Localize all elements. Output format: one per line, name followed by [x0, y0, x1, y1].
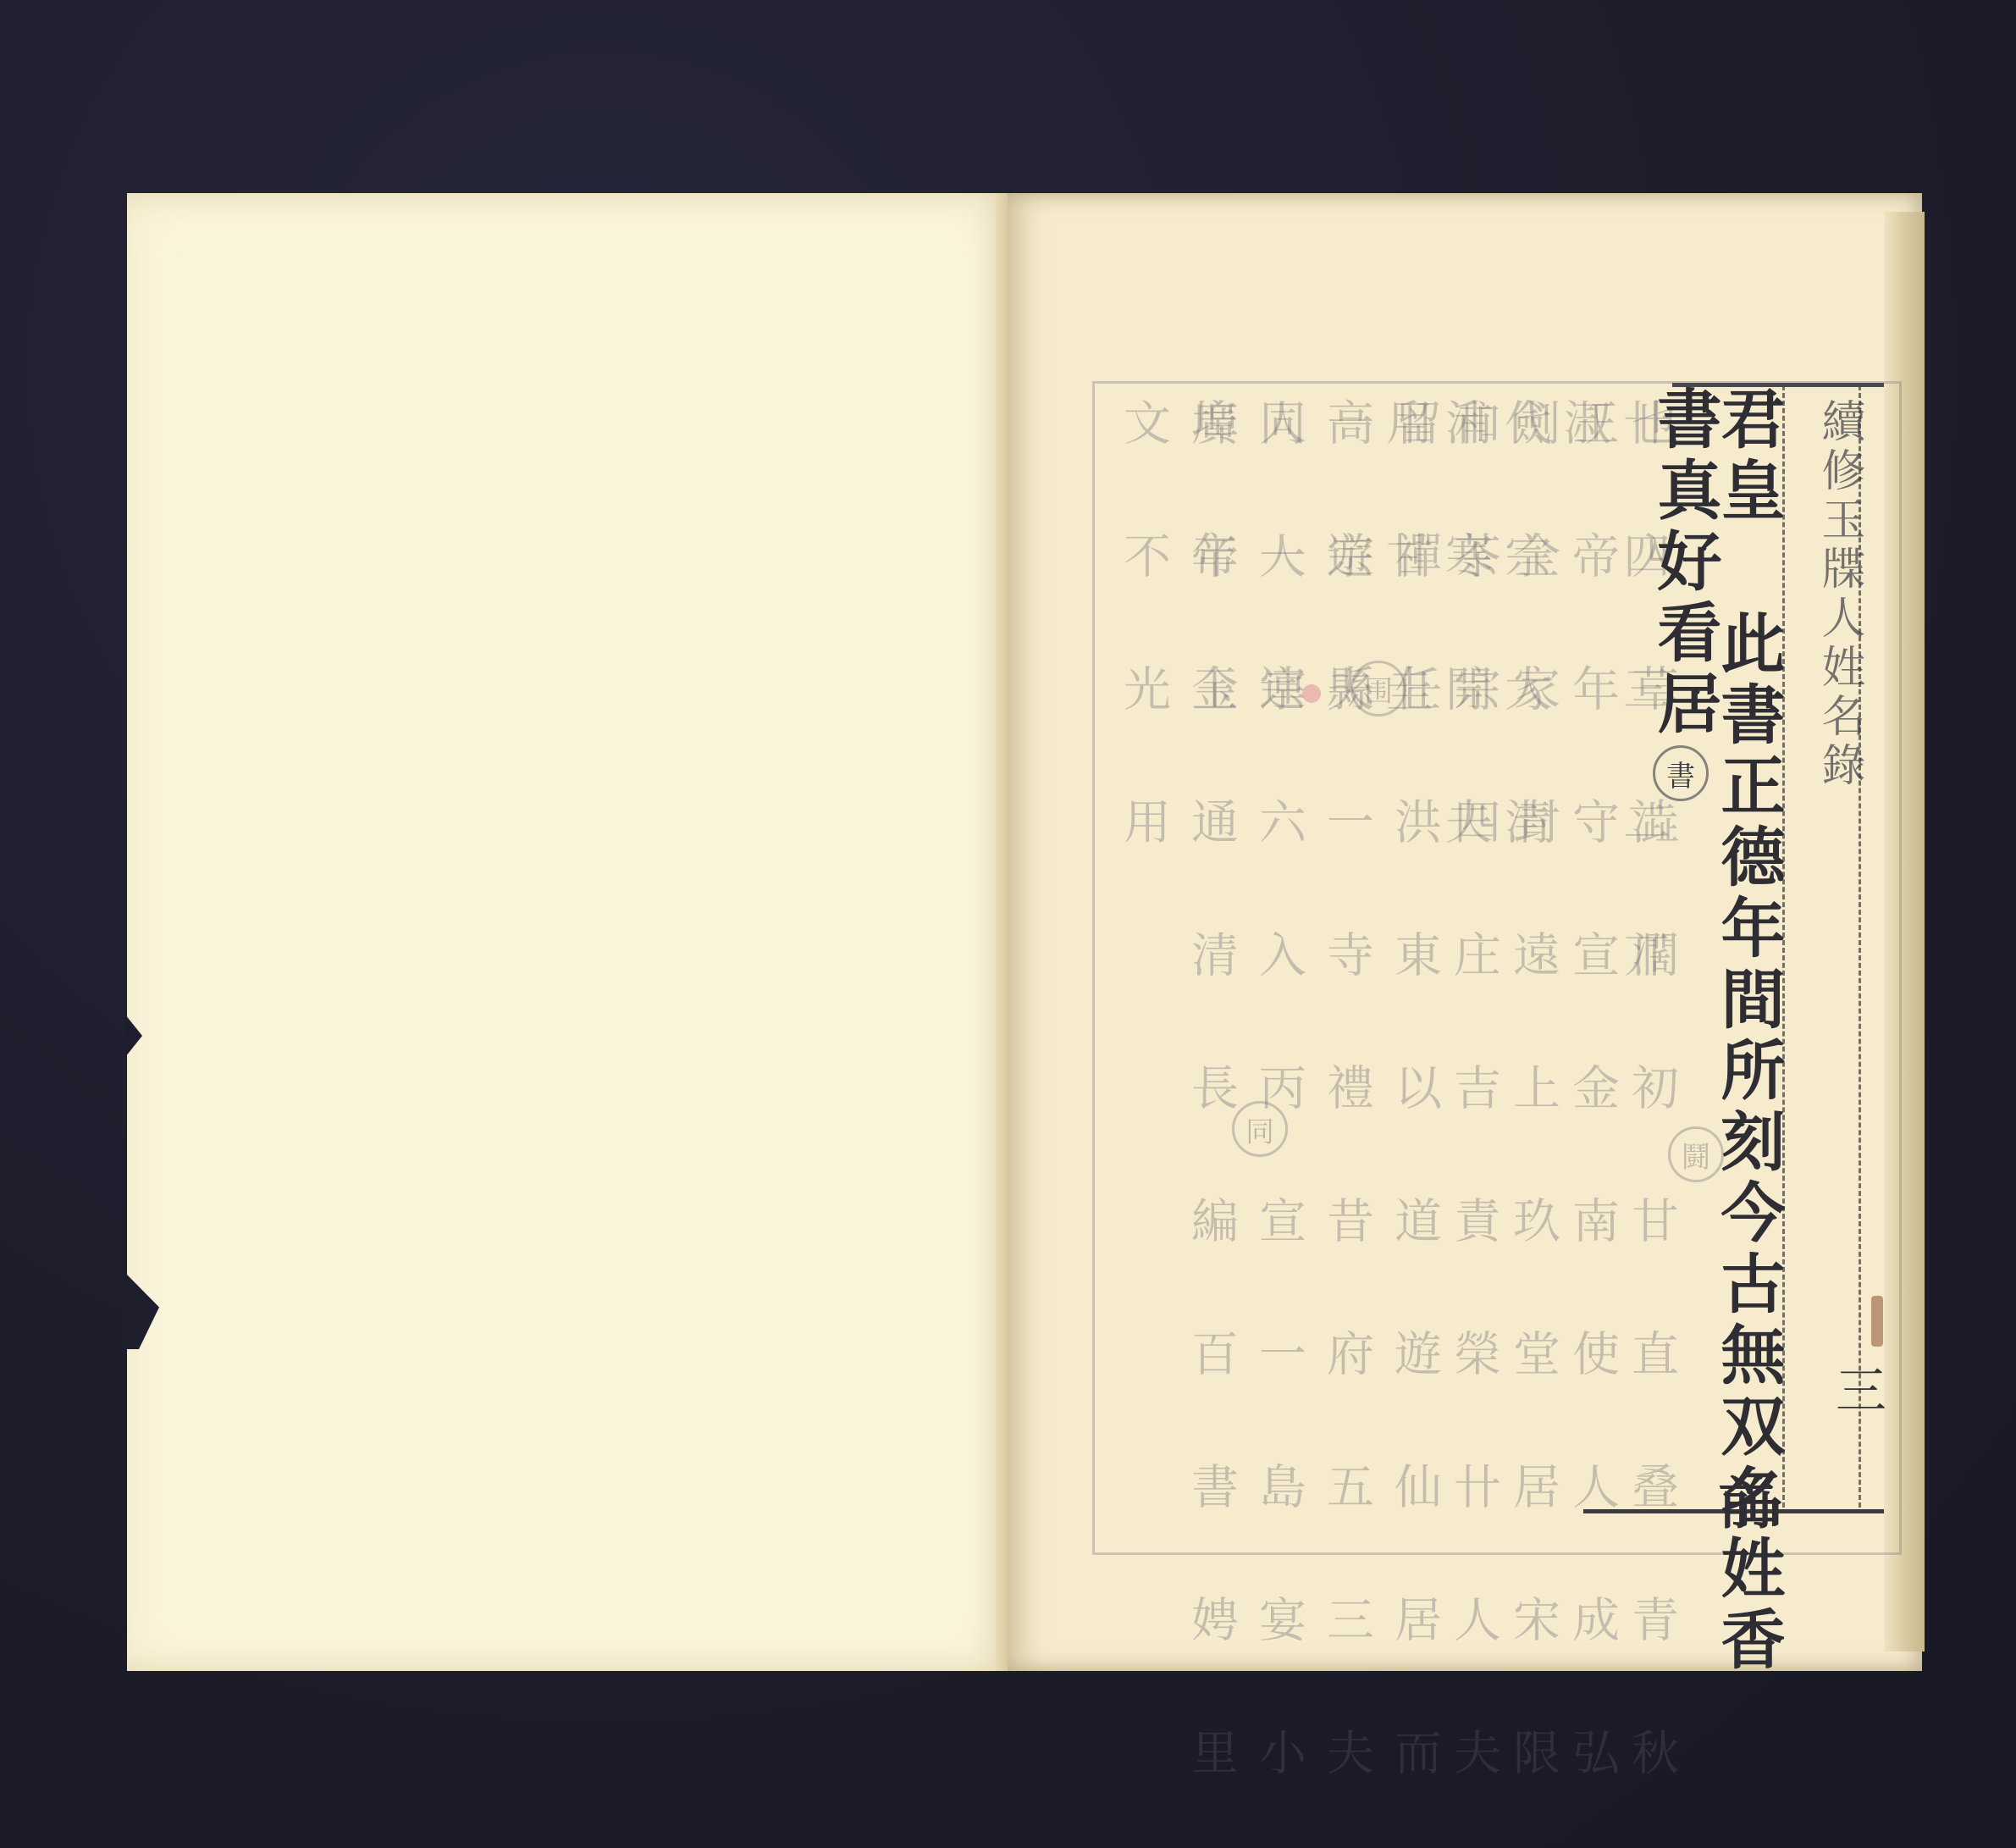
- faint-seal-2: 围: [1350, 661, 1406, 717]
- inscription-line-2: 書真好看居: [1638, 385, 1731, 741]
- inscription-line-1-end: 前: [1702, 1474, 1782, 1536]
- torn-edge: [125, 1273, 159, 1349]
- faint-seal-3: 同: [1232, 1101, 1288, 1157]
- left-blank-page: [127, 193, 1008, 1671]
- inscription-seal: 書: [1653, 745, 1709, 801]
- brown-stain: [1871, 1296, 1883, 1347]
- torn-edge-small: [125, 1015, 142, 1057]
- book-title-strip: 續修玉牒人姓名錄: [1808, 398, 1871, 791]
- page-number: 三: [1820, 1364, 1893, 1414]
- faint-column-9: 廣 年 金 通 清 長 編 百 書 娉 里 文 不 光 用: [1109, 398, 1245, 1848]
- pink-stain: [1302, 684, 1321, 703]
